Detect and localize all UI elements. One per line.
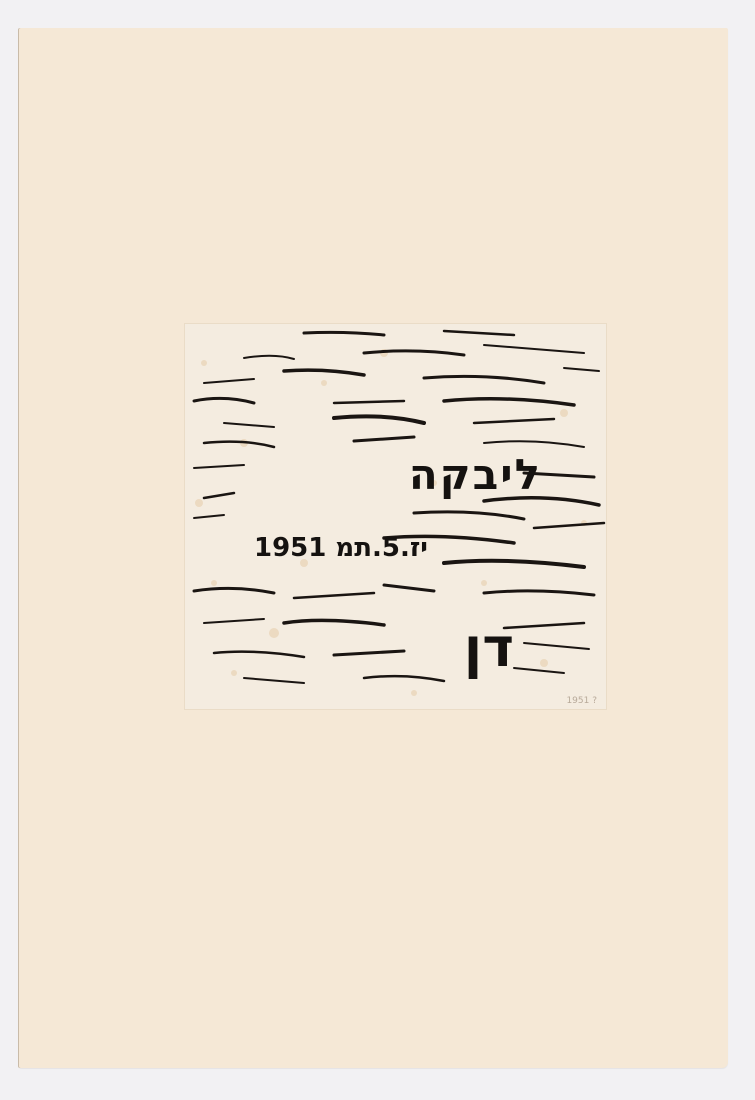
- pencil-note: 1951 ?: [566, 696, 597, 706]
- mount-sheet: ליבקה 1951 יז.5.תמ דן 1951 ?: [19, 28, 728, 1068]
- woodcut-print: ליבקה 1951 יז.5.תמ דן 1951 ?: [184, 323, 607, 710]
- inscription-initials: דן: [454, 608, 514, 688]
- inscription-date: 1951 יז.5.תמ: [254, 528, 454, 568]
- wood-grain-strokes: [184, 323, 607, 710]
- inscription-title: ליבקה: [252, 435, 542, 515]
